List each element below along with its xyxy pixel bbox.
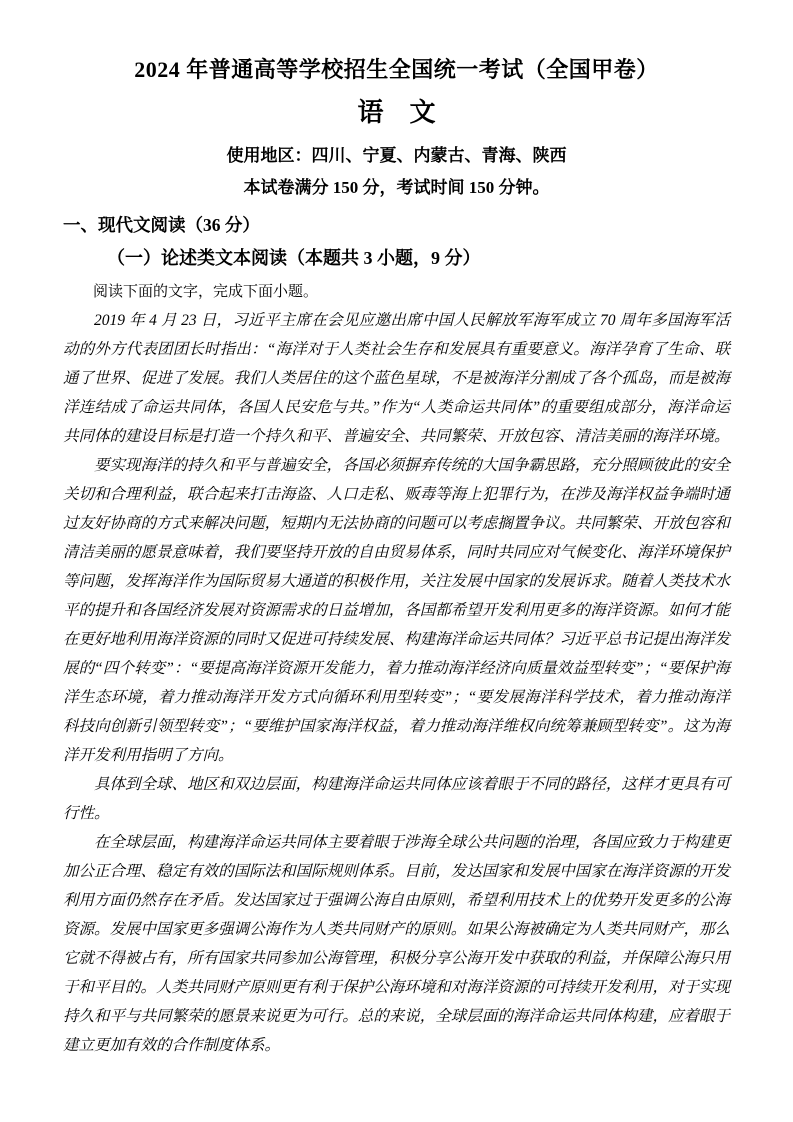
section-heading-modern-reading: 一、现代文阅读（36 分）: [63, 212, 730, 238]
passage: 2019 年 4 月 23 日，习近平主席在会见应邀出席中国人民解放军海军成立 …: [63, 306, 730, 1060]
passage-paragraph: 具体到全球、地区和双边层面，构建海洋命运共同体应该着眼于不同的路径，这样才更具有…: [63, 770, 730, 828]
subject-title: 语 文: [63, 96, 730, 130]
passage-paragraph: 在全球层面，构建海洋命运共同体主要着眼于涉海全球公共问题的治理，各国应致力于构建…: [63, 828, 730, 1060]
exam-title: 2024 年普通高等学校招生全国统一考试（全国甲卷）: [63, 54, 730, 86]
subsection-heading-argumentative-reading: （一）论述类文本阅读（本题共 3 小题，9 分）: [63, 244, 730, 272]
exam-paper-page: 2024 年普通高等学校招生全国统一考试（全国甲卷） 语 文 使用地区：四川、宁…: [0, 0, 793, 1122]
passage-paragraph: 要实现海洋的持久和平与普遍安全，各国必须摒弃传统的大国争霸思路，充分照顾彼此的安…: [63, 451, 730, 770]
regions-line: 使用地区：四川、宁夏、内蒙古、青海、陕西: [63, 144, 730, 168]
reading-instruction: 阅读下面的文字，完成下面小题。: [63, 280, 730, 304]
passage-paragraph: 2019 年 4 月 23 日，习近平主席在会见应邀出席中国人民解放军海军成立 …: [63, 306, 730, 451]
exam-info-line: 本试卷满分 150 分，考试时间 150 分钟。: [63, 176, 730, 200]
